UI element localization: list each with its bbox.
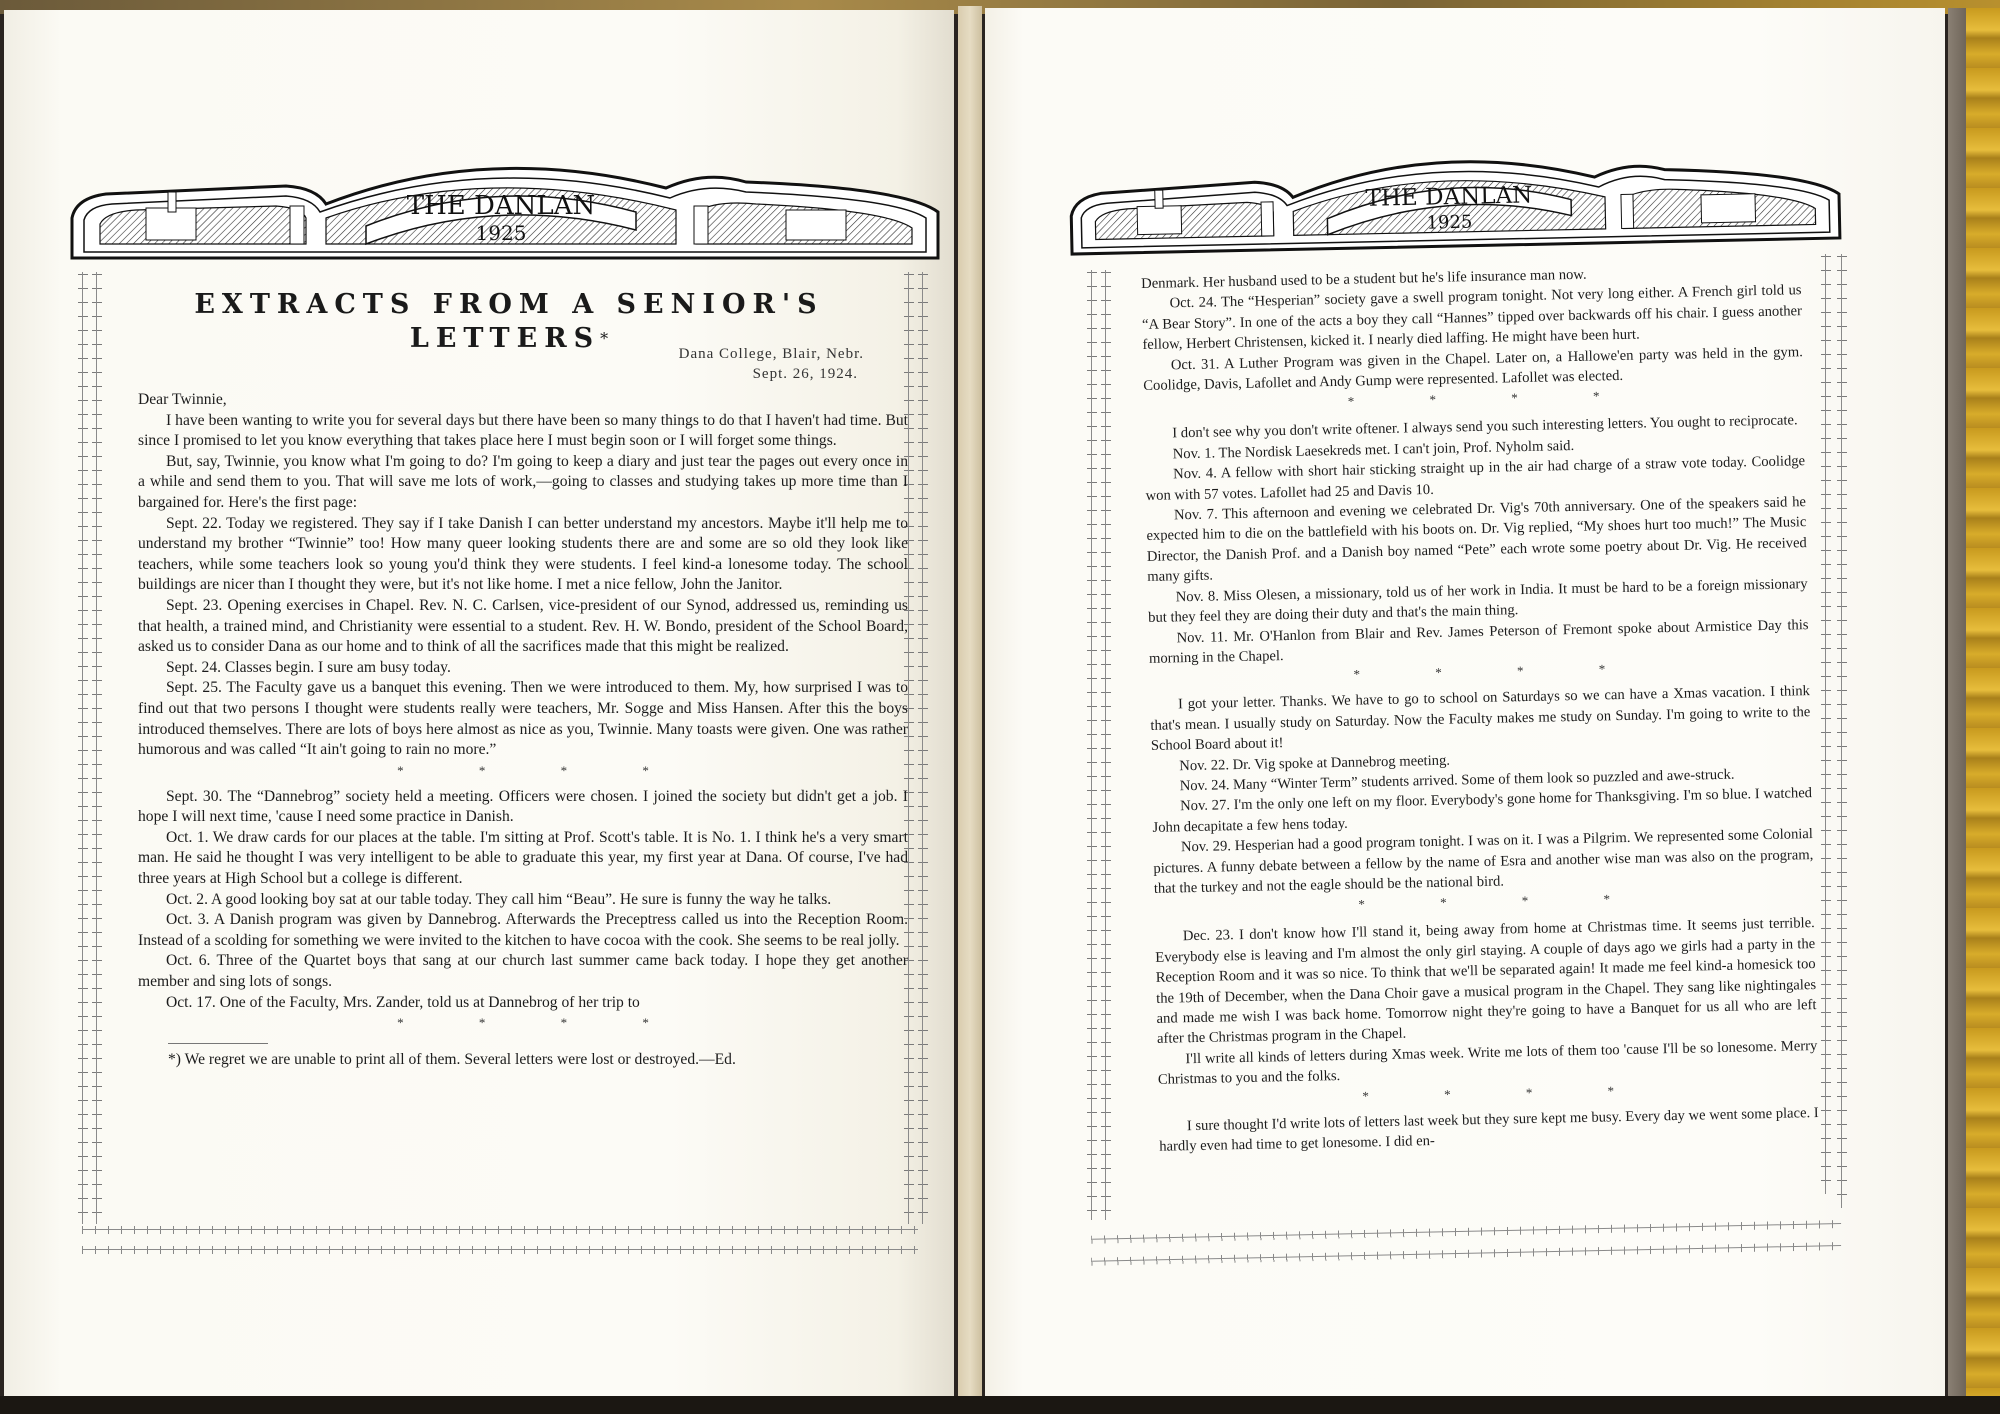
border-ornament (1837, 254, 1847, 1208)
letter-paragraph: But, say, Twinnie, you know what I'm goi… (138, 452, 908, 514)
letter-paragraph: Oct. 6. Three of the Quartet boys that s… (138, 951, 908, 992)
dateline-place: Dana College, Blair, Nebr. (504, 344, 864, 364)
banner-title: THE DANLAN (1365, 182, 1532, 211)
book-page-edge (1948, 8, 1966, 1402)
letter-paragraph: Dec. 23. I don't know how I'll stand it,… (1155, 913, 1817, 1049)
yearbook-banner: THE DANLAN 1925 (66, 148, 946, 268)
border-ornament (78, 272, 88, 1224)
salutation: Dear Twinnie, (138, 390, 908, 411)
book-spine (958, 6, 982, 1402)
yearbook-banner: THE DANLAN 1925 (1064, 136, 1846, 262)
right-page: THE DANLAN 1925 Denmark. Her husband use… (985, 8, 1945, 1400)
letter-paragraph: Sept. 22. Today we registered. They say … (138, 514, 908, 596)
border-ornament (1821, 254, 1831, 1194)
left-page: THE DANLAN 1925 EXTRACTS FROM A SENIOR'S… (4, 10, 954, 1402)
banner-year: 1925 (1426, 212, 1472, 234)
letter-body: Dear Twinnie, I have been wanting to wri… (138, 390, 908, 1071)
letter-paragraph: Oct. 1. We draw cards for our places at … (138, 828, 908, 890)
banner-title: THE DANLAN (407, 191, 595, 221)
banner-year: 1925 (476, 221, 527, 245)
dateline-date: Sept. 26, 1924. (504, 364, 864, 384)
border-ornament (92, 272, 102, 1224)
border-ornament (82, 1226, 918, 1234)
letter-paragraph: I have been wanting to write you for sev… (138, 411, 908, 452)
letter-paragraph: Nov. 7. This afternoon and evening we ce… (1146, 492, 1808, 587)
border-ornament (1091, 1242, 1841, 1266)
footnote-rule (168, 1043, 268, 1044)
letter-paragraph: Sept. 23. Opening exercises in Chapel. R… (138, 596, 908, 658)
letter-paragraph: Oct. 17. One of the Faculty, Mrs. Zander… (138, 993, 908, 1014)
letter-paragraph: Oct. 3. A Danish program was given by Da… (138, 910, 908, 951)
letter-paragraph: I sure thought I'd write lots of letters… (1159, 1103, 1820, 1158)
book-cover-edge (1966, 8, 2000, 1402)
section-separator: * * * * (138, 1013, 908, 1033)
title-line-1: EXTRACTS FROM A SENIOR'S (164, 288, 854, 322)
letter-paragraph: Oct. 2. A good looking boy sat at our ta… (138, 890, 908, 911)
footnote: *) We regret we are unable to print all … (138, 1050, 908, 1071)
letter-paragraph: Sept. 25. The Faculty gave us a banquet … (138, 678, 908, 760)
border-ornament (918, 272, 928, 1224)
book-cover-bottom (0, 1396, 2000, 1414)
border-ornament (1087, 270, 1097, 1220)
border-ornament (82, 1246, 918, 1254)
letter-body-continued: Denmark. Her husband used to be a studen… (1141, 260, 1819, 1157)
border-ornament (1091, 1220, 1841, 1244)
letter-paragraph: Sept. 30. The “Dannebrog” society held a… (138, 787, 908, 828)
dateline: Dana College, Blair, Nebr. Sept. 26, 192… (504, 344, 864, 384)
letter-paragraph: Sept. 24. Classes begin. I sure am busy … (138, 658, 908, 679)
border-ornament (1101, 270, 1111, 1220)
section-separator: * * * * (138, 761, 908, 781)
